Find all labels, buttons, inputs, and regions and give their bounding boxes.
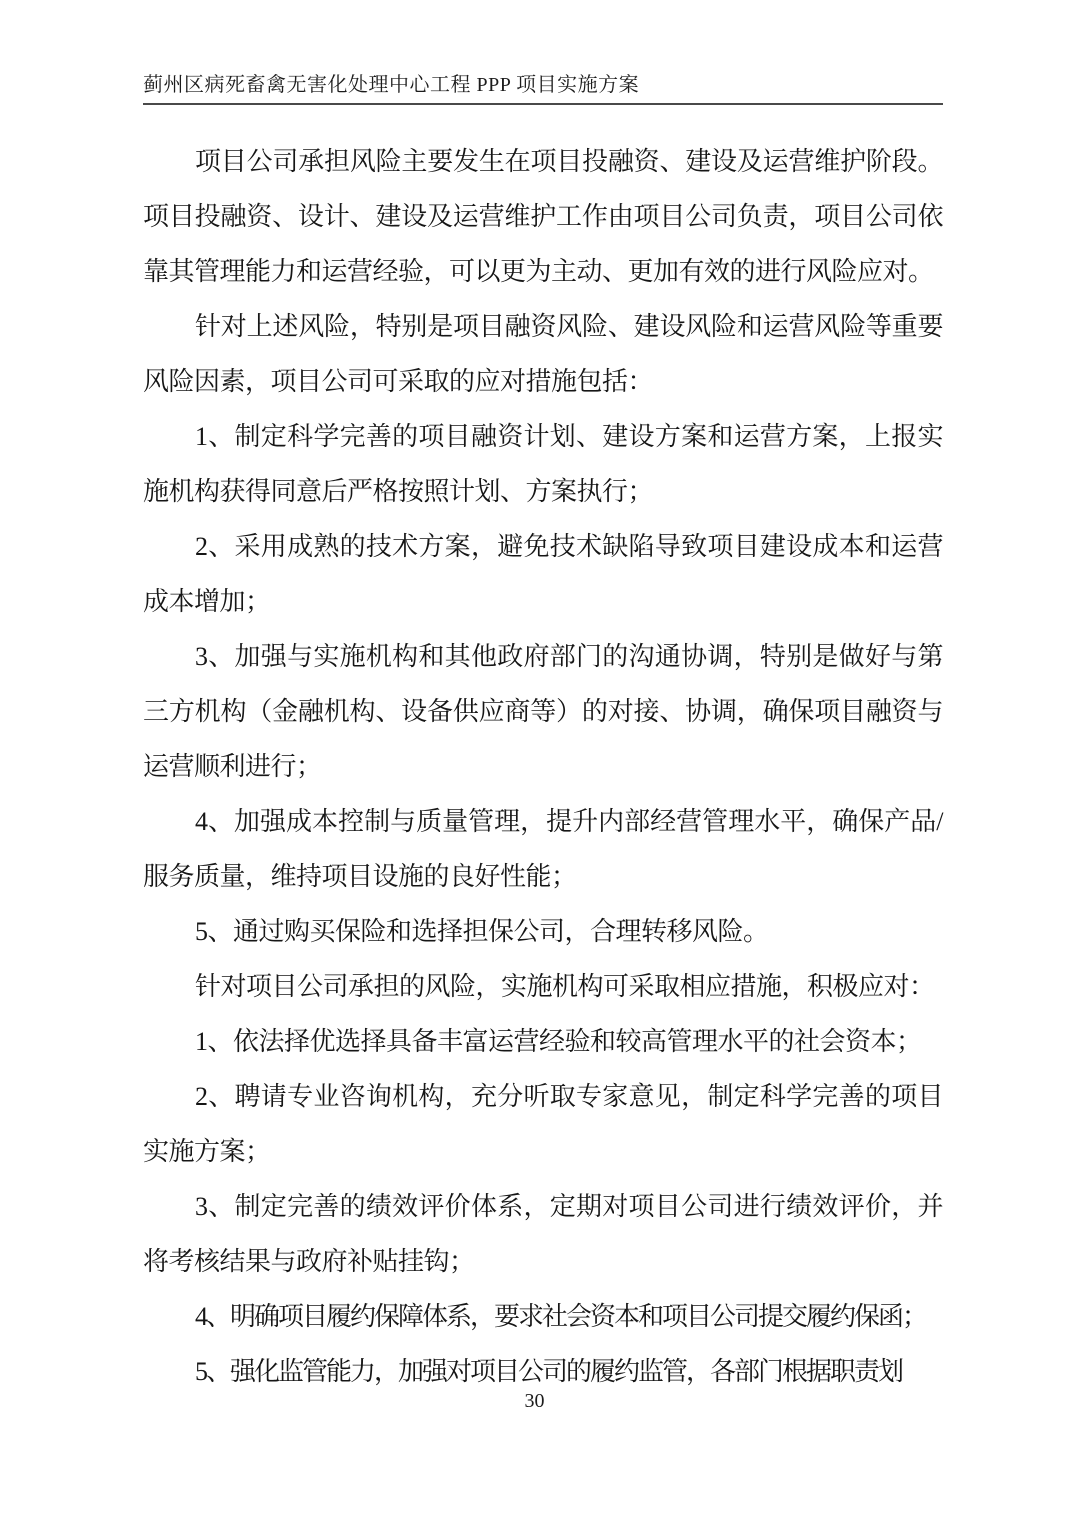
page-header: 蓟州区病死畜禽无害化处理中心工程 PPP 项目实施方案 <box>143 72 943 105</box>
paragraph: 5、通过购买保险和选择担保公司，合理转移风险。 <box>143 904 943 959</box>
document-body: 项目公司承担风险主要发生在项目投融资、建设及运营维护阶段。项目投融资、设计、建设… <box>143 134 943 1399</box>
paragraph: 4、加强成本控制与质量管理，提升内部经营管理水平，确保产品/服务质量，维持项目设… <box>143 794 943 904</box>
header-title: 蓟州区病死畜禽无害化处理中心工程 PPP 项目实施方案 <box>143 74 639 96</box>
paragraph: 针对上述风险，特别是项目融资风险、建设风险和运营风险等重要风险因素，项目公司可采… <box>143 299 943 409</box>
paragraph: 1、制定科学完善的项目融资计划、建设方案和运营方案，上报实施机构获得同意后严格按… <box>143 409 943 519</box>
paragraph: 2、采用成熟的技术方案，避免技术缺陷导致项目建设成本和运营成本增加； <box>143 519 943 629</box>
paragraph: 2、聘请专业咨询机构，充分听取专家意见，制定科学完善的项目实施方案； <box>143 1069 943 1179</box>
paragraph: 3、制定完善的绩效评价体系，定期对项目公司进行绩效评价，并将考核结果与政府补贴挂… <box>143 1179 943 1289</box>
paragraph: 针对项目公司承担的风险，实施机构可采取相应措施，积极应对： <box>143 959 943 1014</box>
paragraph: 4、明确项目履约保障体系，要求社会资本和项目公司提交履约保函； <box>143 1289 943 1344</box>
paragraph: 项目公司承担风险主要发生在项目投融资、建设及运营维护阶段。项目投融资、设计、建设… <box>143 134 943 299</box>
paragraph: 3、加强与实施机构和其他政府部门的沟通协调，特别是做好与第三方机构（金融机构、设… <box>143 629 943 794</box>
paragraph: 1、依法择优选择具备丰富运营经验和较高管理水平的社会资本； <box>143 1014 943 1069</box>
page-number: 30 <box>525 1390 545 1412</box>
page-footer: 30 <box>0 1390 1069 1413</box>
document-page: 蓟州区病死畜禽无害化处理中心工程 PPP 项目实施方案 项目公司承担风险主要发生… <box>0 0 1069 1514</box>
